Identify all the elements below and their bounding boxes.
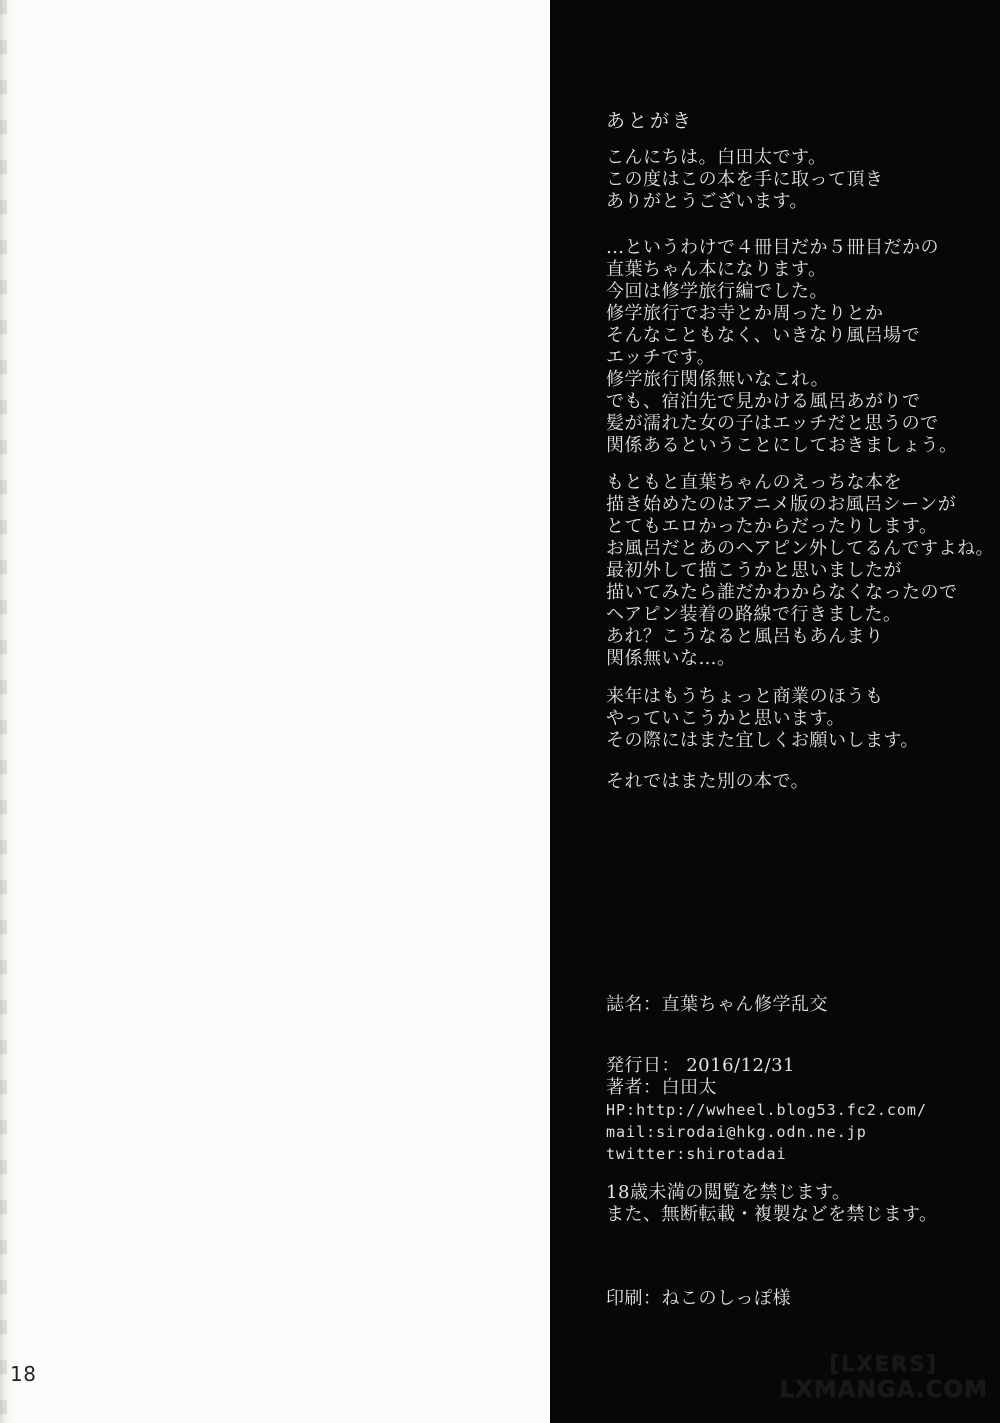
text-line: この度はこの本を手に取って頂き [606, 169, 884, 191]
text-line: 著者：白田太 [606, 1077, 927, 1099]
afterword-title: あとがき [606, 106, 694, 133]
book-title-line: 誌名：直葉ちゃん修学乱交 [606, 994, 828, 1016]
site-watermark: [LXERS] LXMANGA.COM [780, 1351, 989, 1403]
text-line: お風呂だとあのヘアピン外してるんですよね。 [606, 538, 994, 560]
text-line: 修学旅行でお寺とか周ったりとか [606, 303, 958, 325]
text-line: エッチです。 [606, 347, 958, 369]
text-line: もともと直葉ちゃんのえっちな本を [606, 472, 994, 494]
text-line: 描き始めたのはアニメ版のお風呂シーンが [606, 494, 994, 516]
text-line: HP:http://wwheel.blog53.fc2.com/ [606, 1099, 927, 1121]
watermark-line1: [LXERS] [780, 1351, 989, 1377]
left-blank-page: 18 [0, 0, 550, 1423]
page-number: 18 [10, 1362, 36, 1386]
text-line: 18歳未満の閲覧を禁じます。 [606, 1182, 938, 1204]
text-line: また、無断転載・複製などを禁じます。 [606, 1204, 938, 1226]
afterword-panel: あとがき こんにちは。白田太です。この度はこの本を手に取って頂きありがとうござい… [550, 0, 1000, 1423]
text-line: ありがとうございます。 [606, 191, 884, 213]
text-line: …というわけで４冊目だか５冊目だかの [606, 237, 958, 259]
text-line: 今回は修学旅行編でした。 [606, 281, 958, 303]
watermark-line2: LXMANGA.COM [780, 1377, 989, 1403]
text-line: twitter:shirotadai [606, 1143, 927, 1165]
text-line: その際にはまた宜しくお願いします。 [606, 730, 919, 752]
text-line: 発行日： 2016/12/31 [606, 1055, 927, 1077]
text-line: 最初外して描こうかと思いましたが [606, 560, 994, 582]
text-line: 髪が濡れた女の子はエッチだと思うので [606, 413, 958, 435]
text-line: でも、宿泊先で見かける風呂あがりで [606, 391, 958, 413]
text-line: こんにちは。白田太です。 [606, 147, 884, 169]
text-line: 修学旅行関係無いなこれ。 [606, 369, 958, 391]
future-plans-paragraph: 来年はもうちょっと商業のほうもやっていこうかと思います。その際にはまた宜しくお願… [606, 686, 919, 752]
greeting-paragraph: こんにちは。白田太です。この度はこの本を手に取って頂きありがとうございます。 [606, 147, 884, 213]
text-line: ヘアピン装着の路線で行きました。 [606, 604, 994, 626]
text-line: 描いてみたら誰だかわからなくなったので [606, 582, 994, 604]
colophon-details: 発行日： 2016/12/31著者：白田太HP:http://wwheel.bl… [606, 1055, 927, 1165]
text-line: 直葉ちゃん本になります。 [606, 259, 958, 281]
age-warning-lines: 18歳未満の閲覧を禁じます。また、無断転載・複製などを禁じます。 [606, 1182, 938, 1226]
origin-story-paragraph: もともと直葉ちゃんのえっちな本を描き始めたのはアニメ版のお風呂シーンがとてもエロ… [606, 472, 994, 670]
scanned-doujin-page: 18 あとがき こんにちは。白田太です。この度はこの本を手に取って頂きありがとう… [0, 0, 1000, 1423]
text-line: mail:sirodai@hkg.odn.ne.jp [606, 1121, 927, 1143]
text-line: 来年はもうちょっと商業のほうも [606, 686, 919, 708]
book-description-paragraph: …というわけで４冊目だか５冊目だかの直葉ちゃん本になります。今回は修学旅行編でし… [606, 237, 958, 457]
text-line: 関係無いな…。 [606, 648, 994, 670]
printer-credit: 印刷：ねこのしっぽ様 [606, 1288, 791, 1310]
text-line: やっていこうかと思います。 [606, 708, 919, 730]
text-line: とてもエロかったからだったりします。 [606, 516, 994, 538]
closing-line: それではまた別の本で。 [606, 771, 809, 793]
text-line: 関係あるということにしておきましょう。 [606, 435, 958, 457]
text-line: そんなこともなく、いきなり風呂場で [606, 325, 958, 347]
text-line: あれ？こうなると風呂もあんまり [606, 626, 994, 648]
